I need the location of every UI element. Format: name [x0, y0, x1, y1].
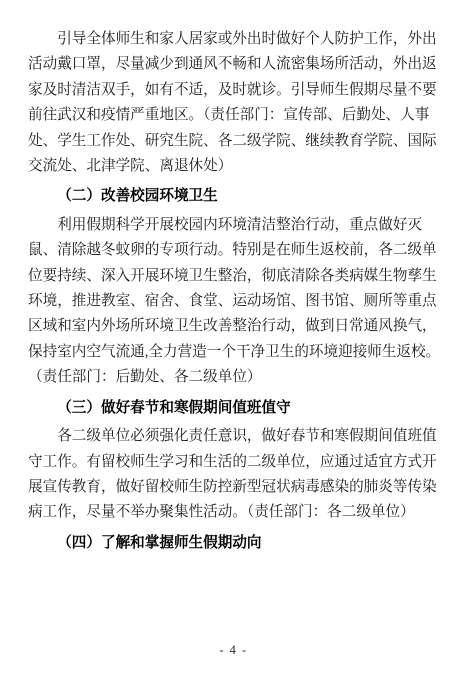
- paragraph-line: 保持室内空气流通,全力营造一个干净卫生的环境迎接师生返校。: [28, 340, 439, 365]
- paragraph-line: 各二级单位必须强化责任意识，做好春节和寒假期间值班值: [28, 424, 439, 449]
- page-number: - 4 -: [0, 643, 467, 658]
- paragraph-personal-protection: 引导全体师生和家人居家或外出时做好个人防护工作，外出 活动戴口罩，尽量减少到通风…: [28, 27, 439, 179]
- paragraph-line: 利用假期科学开展校园内环境清洁整治行动，重点做好灭: [28, 213, 439, 238]
- paragraph-line: 处、学生工作处、研究生院、各二级学院、继续教育学院、国际: [28, 129, 439, 154]
- paragraph-holiday-duty: 各二级单位必须强化责任意识，做好春节和寒假期间值班值 守工作。有留校师生学习和生…: [28, 424, 439, 526]
- section-heading-3: （三）做好春节和寒假期间值班值守: [28, 396, 439, 421]
- paragraph-line: 交流处、北津学院、离退休处）: [28, 154, 439, 179]
- paragraph-line: 展宣传教育，做好留校师生防控新型冠状病毒感染的肺炎等传染: [28, 475, 439, 500]
- paragraph-line: 区域和室内外场所环境卫生改善整治行动，做到日常通风换气，: [28, 314, 439, 339]
- paragraph-line: 位要持续、深入开展环境卫生整治，彻底清除各类病媒生物孳生: [28, 264, 439, 289]
- section-heading-4: （四）了解和掌握师生假期动向: [28, 531, 439, 556]
- paragraph-line: 引导全体师生和家人居家或外出时做好个人防护工作，外出: [28, 27, 439, 52]
- paragraph-line: 守工作。有留校师生学习和生活的二级单位，应通过适宜方式开: [28, 450, 439, 475]
- paragraph-line: 病工作，尽量不举办聚集性活动。（责任部门：各二级单位）: [28, 500, 439, 525]
- paragraph-campus-environment: 利用假期科学开展校园内环境清洁整治行动，重点做好灭 鼠、清除越冬蚊卵的专项行动。…: [28, 213, 439, 391]
- paragraph-line: 鼠、清除越冬蚊卵的专项行动。特别是在师生返校前，各二级单: [28, 238, 439, 263]
- paragraph-line: 家及时清洁双手，如有不适，及时就诊。引导师生假期尽量不要: [28, 78, 439, 103]
- paragraph-line: 活动戴口罩，尽量减少到通风不畅和人流密集场所活动，外出返: [28, 52, 439, 77]
- paragraph-line: （责任部门：后勤处、各二级单位）: [28, 365, 439, 390]
- paragraph-line: 前往武汉和疫情严重地区。（责任部门：宣传部、后勤处、人事: [28, 103, 439, 128]
- document-page: 引导全体师生和家人居家或外出时做好个人防护工作，外出 活动戴口罩，尽量减少到通风…: [0, 0, 467, 678]
- section-heading-2: （二）改善校园环境卫生: [28, 184, 439, 209]
- document-body: 引导全体师生和家人居家或外出时做好个人防护工作，外出 活动戴口罩，尽量减少到通风…: [0, 0, 467, 556]
- paragraph-line: 环境，推进教室、宿舍、食堂、运动场馆、图书馆、厕所等重点: [28, 289, 439, 314]
